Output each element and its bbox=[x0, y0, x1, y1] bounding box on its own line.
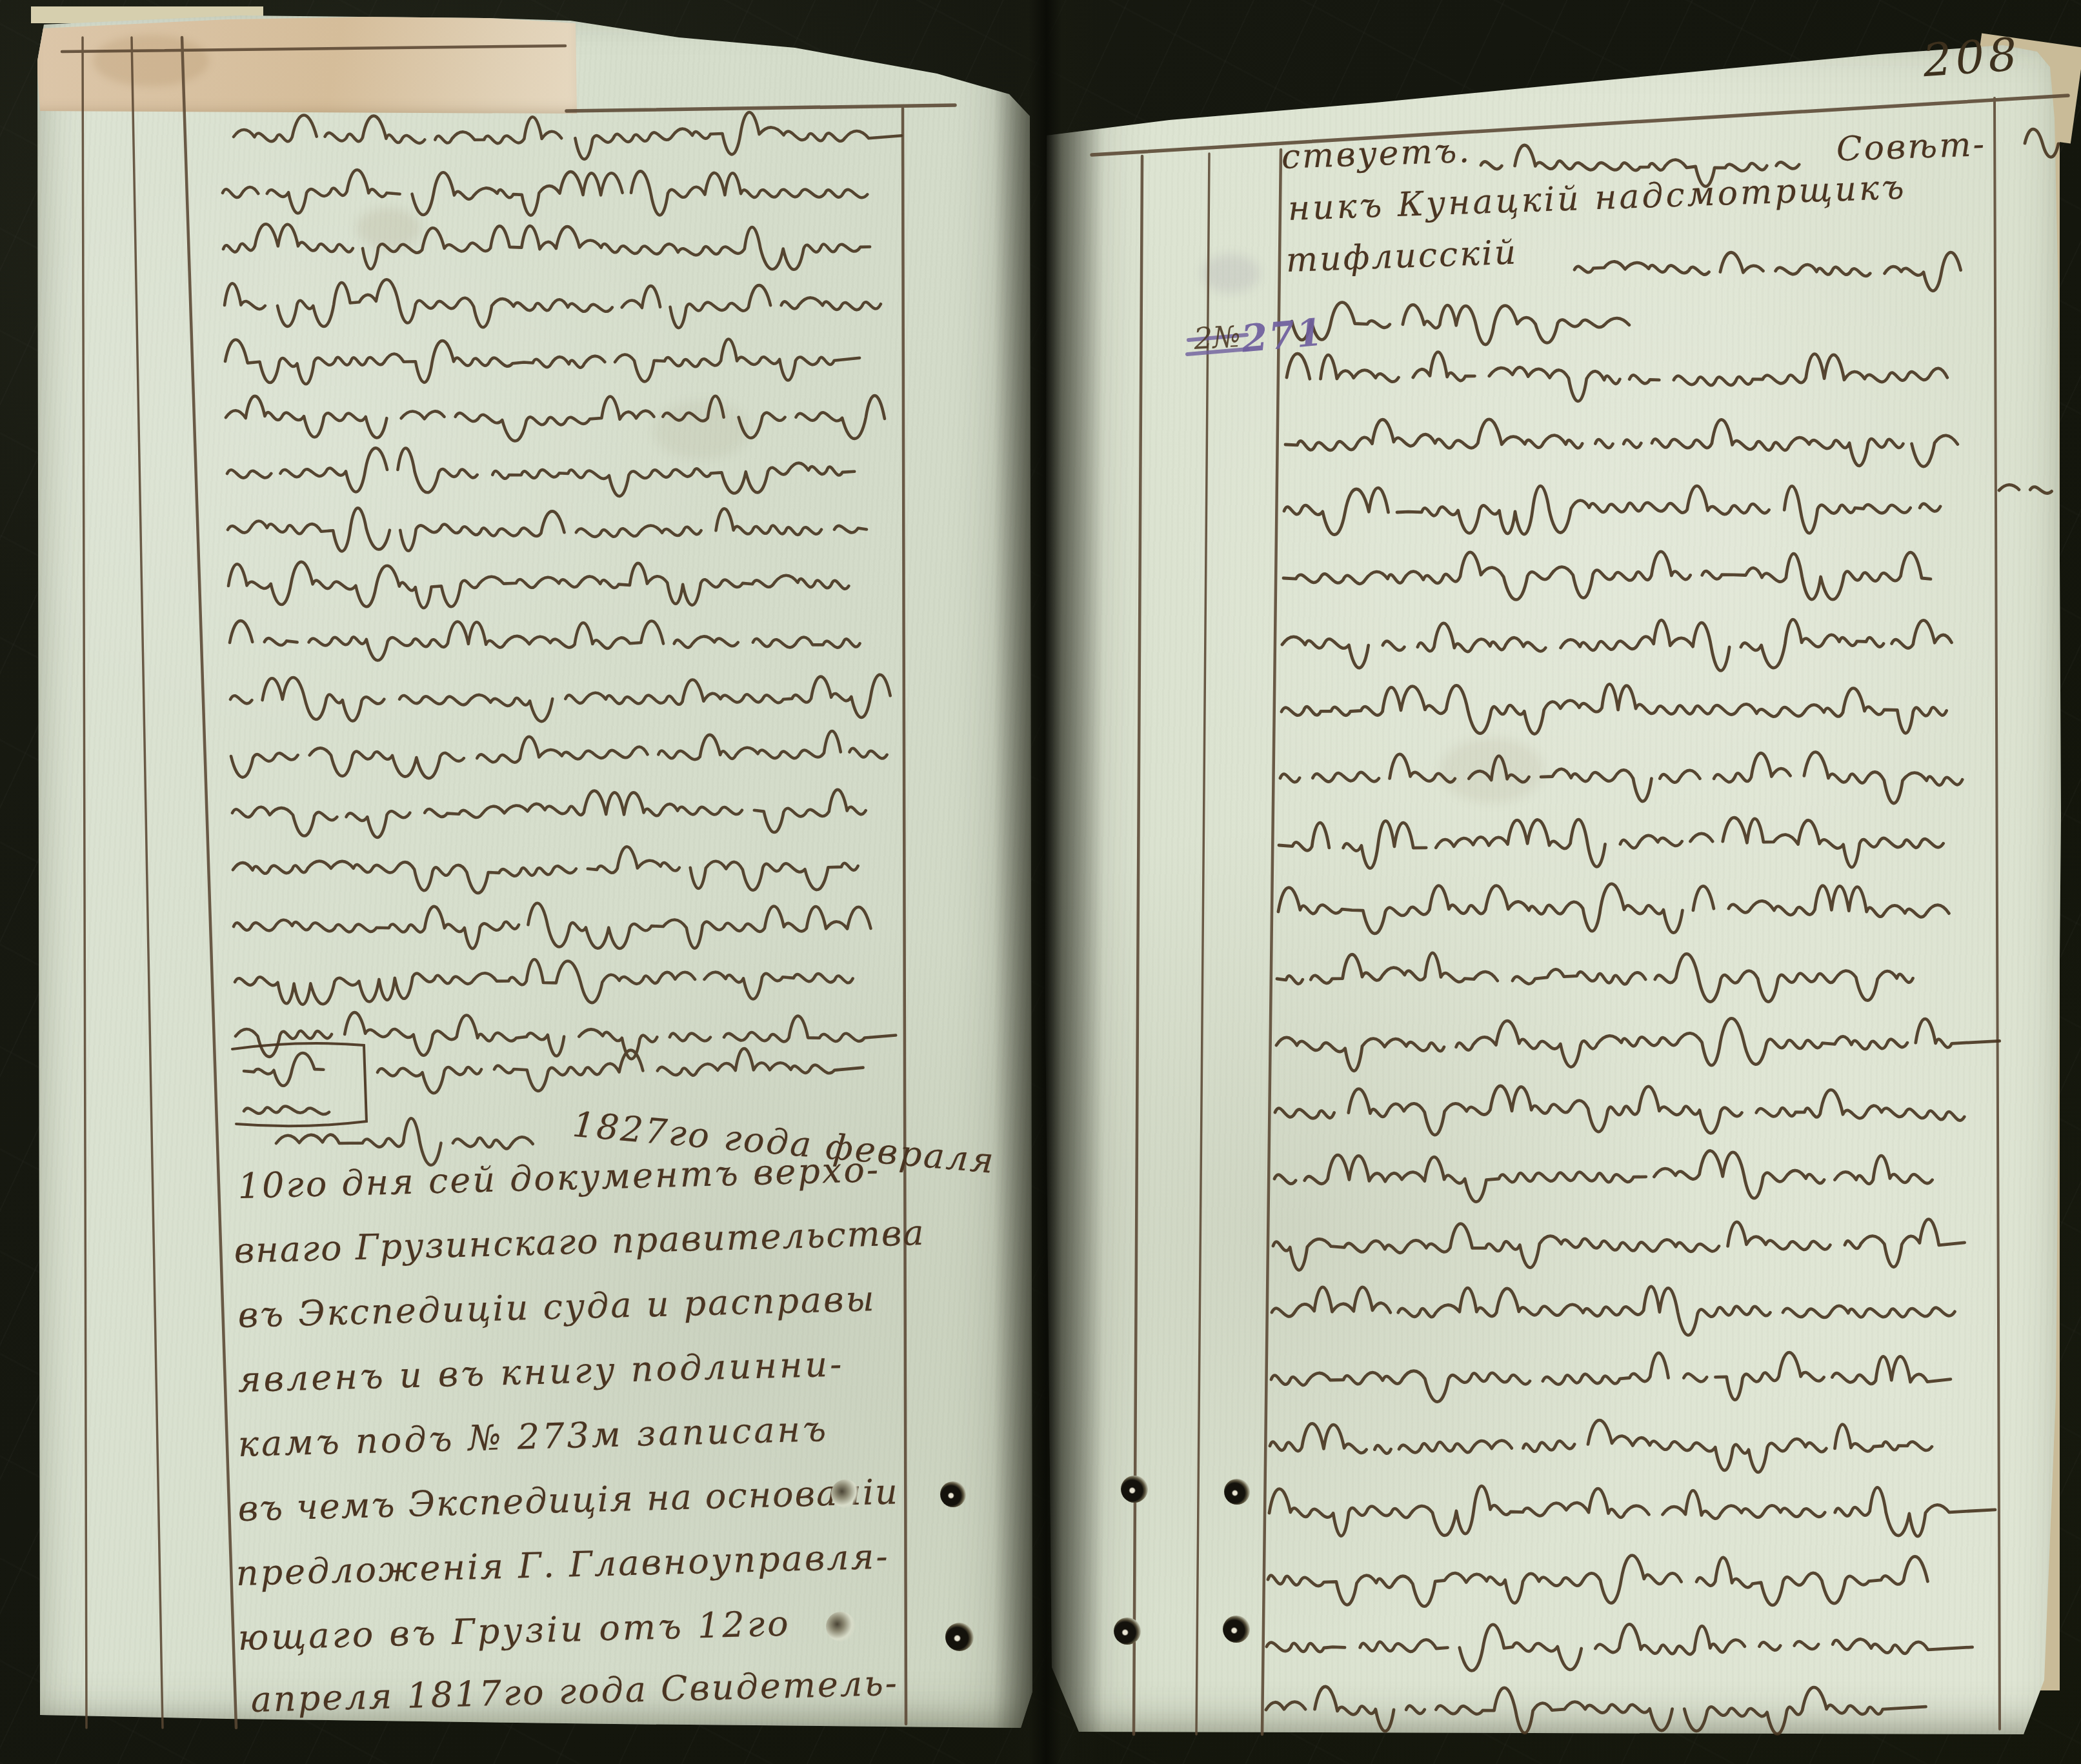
handwritten-line bbox=[1285, 419, 1958, 466]
handwritten-line bbox=[1279, 817, 1944, 868]
handwritten-line bbox=[244, 1053, 323, 1086]
russian-text-fragment: тифлисскій bbox=[1285, 236, 1518, 277]
handwritten-line bbox=[230, 621, 860, 660]
handwritten-line bbox=[1267, 1624, 1973, 1670]
handwritten-line bbox=[1278, 884, 1949, 934]
handwritten-line bbox=[1272, 1287, 1955, 1335]
handwritten-line bbox=[1273, 1219, 1965, 1270]
handwritten-line bbox=[234, 112, 901, 159]
handwritten-line bbox=[1284, 486, 1940, 535]
handwritten-line bbox=[244, 1106, 329, 1114]
handwritten-line bbox=[1269, 1486, 1995, 1536]
handwritten-line bbox=[1271, 1352, 1951, 1401]
handwritten-line bbox=[228, 562, 863, 608]
handwritten-line bbox=[1283, 552, 1931, 600]
handwritten-line bbox=[1275, 1086, 1973, 1135]
manuscript-photo: 1827го года февраля 10го дня сей докумен… bbox=[0, 0, 2081, 1764]
handwritten-line bbox=[233, 847, 858, 893]
handwritten-line bbox=[235, 959, 853, 1005]
handwritten-line bbox=[223, 170, 867, 215]
handwritten-line bbox=[1282, 619, 1952, 670]
handwritten-line bbox=[227, 448, 854, 496]
handwritten-line bbox=[377, 1048, 863, 1093]
binding-hole bbox=[831, 1479, 860, 1508]
handwritten-line bbox=[1266, 1687, 1926, 1734]
handwritten-line bbox=[1999, 485, 2051, 493]
handwritten-line bbox=[232, 790, 866, 837]
handwritten-line bbox=[1574, 252, 1970, 291]
russian-text-fragment: ствуетъ. bbox=[1281, 134, 1472, 174]
handwritten-line bbox=[236, 1012, 896, 1059]
handwritten-line bbox=[1287, 352, 1947, 401]
handwritten-line bbox=[1268, 1556, 1927, 1607]
binding-hole bbox=[1223, 1616, 1250, 1643]
handwritten-line bbox=[225, 279, 881, 328]
page-number: 208 bbox=[1921, 28, 2022, 87]
binding-hole bbox=[1114, 1618, 1141, 1645]
handwritten-line bbox=[1292, 303, 1629, 345]
handwritten-line bbox=[1276, 1018, 2000, 1070]
margin-rules bbox=[62, 37, 2068, 1734]
handwritten-line bbox=[1274, 1151, 1933, 1202]
handwritten-line bbox=[1282, 684, 1947, 734]
binding-hole bbox=[826, 1612, 856, 1641]
binding-hole bbox=[1224, 1479, 1250, 1505]
stamp-number: 271 bbox=[1240, 310, 1325, 361]
binding-hole bbox=[1121, 1476, 1148, 1503]
handwritten-line bbox=[1277, 953, 1927, 1002]
handwritten-line bbox=[226, 396, 885, 441]
handwritten-line bbox=[1280, 752, 1975, 803]
binding-hole bbox=[945, 1623, 974, 1651]
russian-text-fragment: Совѣт- bbox=[1836, 128, 1987, 166]
handwritten-line bbox=[225, 339, 860, 384]
handwritten-line bbox=[223, 224, 870, 269]
handwritten-line bbox=[228, 508, 867, 551]
handwritten-line bbox=[1270, 1420, 1932, 1472]
handwritten-line bbox=[230, 675, 890, 721]
crossed-out-number: 2№ bbox=[1193, 319, 1242, 356]
handwritten-line bbox=[231, 731, 887, 778]
handwritten-line bbox=[234, 903, 870, 948]
binding-hole bbox=[940, 1481, 966, 1507]
handwritten-line bbox=[2025, 129, 2067, 157]
